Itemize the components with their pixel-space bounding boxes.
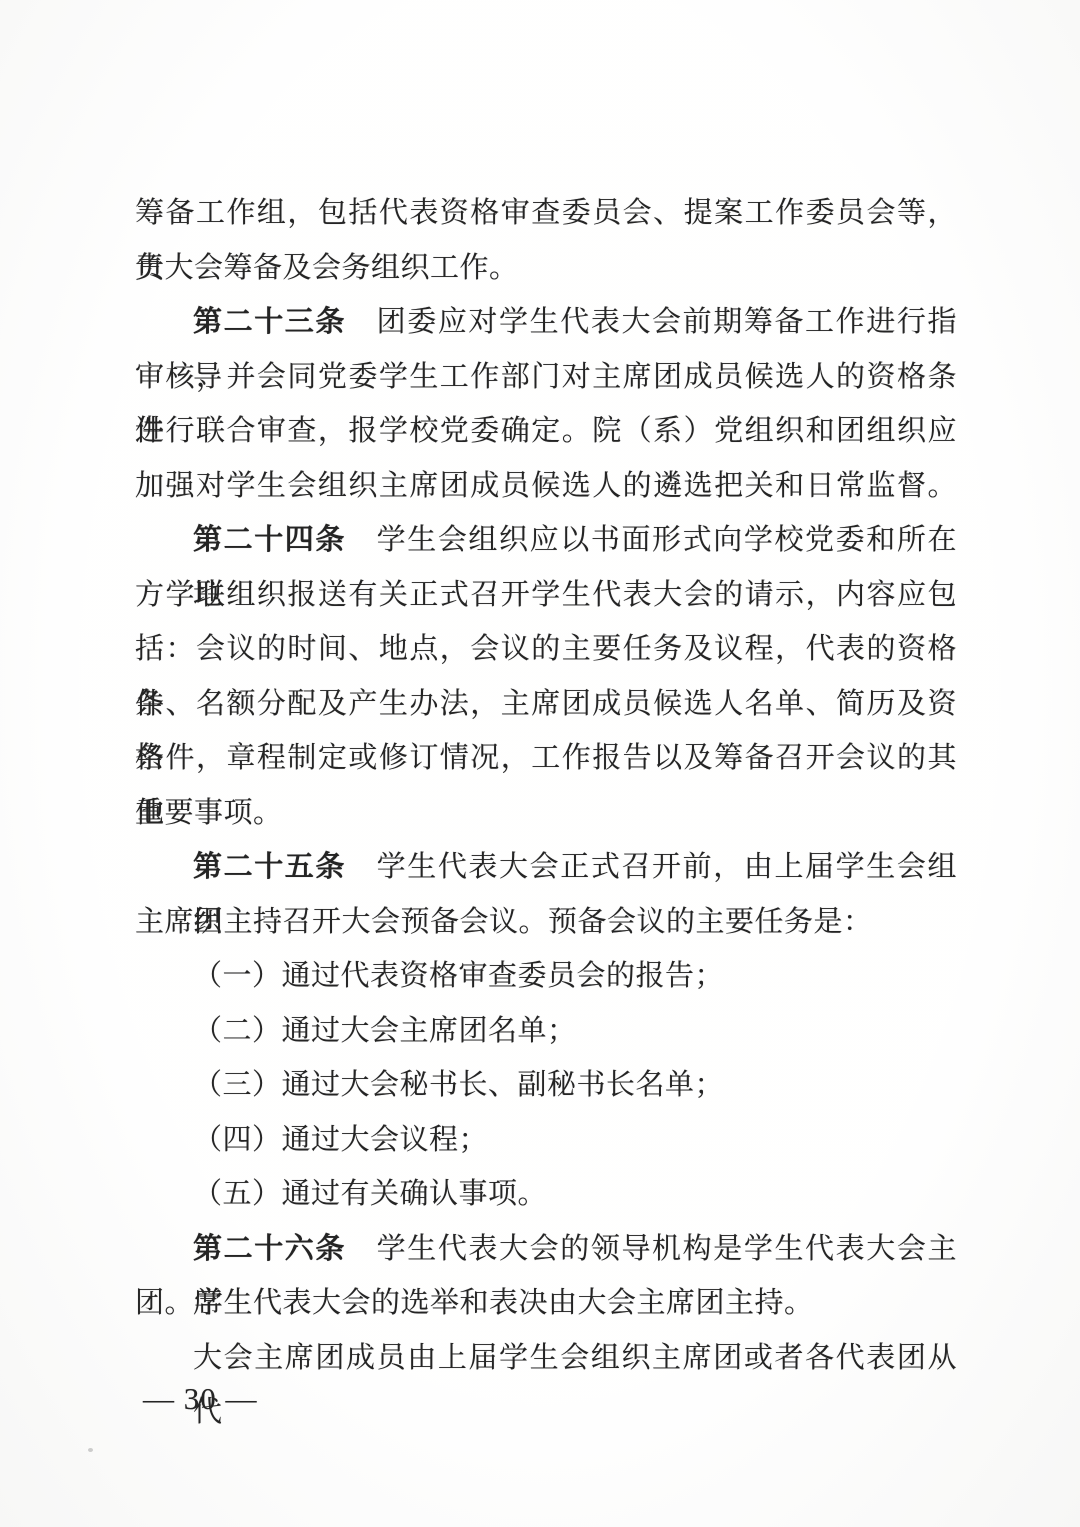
text-segment: （一）通过代表资格审查委员会的报告； [193,960,724,992]
document-page: 筹备工作组，包括代表资格审查委员会、提案工作委员会等，负责大会筹备及会务组织工作… [0,0,1080,1527]
page-number: — 30 — [143,1381,258,1417]
text-segment: （四）通过大会议程； [193,1124,488,1156]
text-segment: 进行联合审查，报学校党委确定。院（系）党组织和团组织应 [135,415,957,447]
text-line: 方学联组织报送有关正式召开学生代表大会的请示，内容应包 [135,568,957,623]
text-line: （四）通过大会议程； [135,1113,957,1168]
article-heading-line: 第二十三条 团委应对学生代表大会前期筹备工作进行指导 [135,295,957,350]
text-segment: （三）通过大会秘书长、副秘书长名单； [193,1069,724,1101]
document-body: 筹备工作组，包括代表资格审查委员会、提案工作委员会等，负责大会筹备及会务组织工作… [135,186,957,1385]
text-segment: 加强对学生会组织主席团成员候选人的遴选把关和日常监督。 [135,470,957,502]
text-line: （一）通过代表资格审查委员会的报告； [135,949,957,1004]
text-line: 重要事项。 [135,786,957,841]
text-line: 主席团主持召开大会预备会议。预备会议的主要任务是： [135,895,957,950]
text-segment: 团。学生代表大会的选举和表决由大会主席团主持。 [135,1287,814,1319]
article-heading-line: 第二十六条 学生代表大会的领导机构是学生代表大会主席 [135,1222,957,1277]
text-segment: 方学联组织报送有关正式召开学生代表大会的请示，内容应包 [135,579,957,611]
text-line: 加强对学生会组织主席团成员候选人的遴选把关和日常监督。 [135,459,957,514]
text-line: 条件，章程制定或修订情况，工作报告以及筹备召开会议的其他 [135,731,957,786]
text-line: （二）通过大会主席团名单； [135,1004,957,1059]
text-line: （三）通过大会秘书长、副秘书长名单； [135,1058,957,1113]
text-line: 大会主席团成员由上届学生会组织主席团或者各代表团从代 [135,1331,957,1386]
text-line: 团。学生代表大会的选举和表决由大会主席团主持。 [135,1276,957,1331]
scan-speck [88,1448,93,1452]
article-number: 第二十六条 [193,1233,346,1265]
text-line: 审核，并会同党委学生工作部门对主席团成员候选人的资格条件 [135,350,957,405]
text-segment: 重要事项。 [135,797,283,829]
text-line: 筹备工作组，包括代表资格审查委员会、提案工作委员会等，负 [135,186,957,241]
text-segment: （二）通过大会主席团名单； [193,1015,577,1047]
article-number: 第二十五条 [193,851,346,883]
text-segment: 责大会筹备及会务组织工作。 [135,252,519,284]
text-segment: 大会主席团成员由上届学生会组织主席团或者各代表团从代 [193,1342,957,1429]
text-segment: （五）通过有关确认事项。 [193,1178,547,1210]
text-line: 进行联合审查，报学校党委确定。院（系）党组织和团组织应 [135,404,957,459]
text-segment: 主席团主持召开大会预备会议。预备会议的主要任务是： [135,906,873,938]
text-line: 责大会筹备及会务组织工作。 [135,241,957,296]
article-heading-line: 第二十四条 学生会组织应以书面形式向学校党委和所在地 [135,513,957,568]
text-line: 件、名额分配及产生办法，主席团成员候选人名单、简历及资格 [135,677,957,732]
text-line: 括：会议的时间、地点，会议的主要任务及议程，代表的资格条 [135,622,957,677]
article-heading-line: 第二十五条 学生代表大会正式召开前，由上届学生会组织 [135,840,957,895]
article-number: 第二十四条 [193,524,346,556]
article-number: 第二十三条 [193,306,346,338]
text-line: （五）通过有关确认事项。 [135,1167,957,1222]
